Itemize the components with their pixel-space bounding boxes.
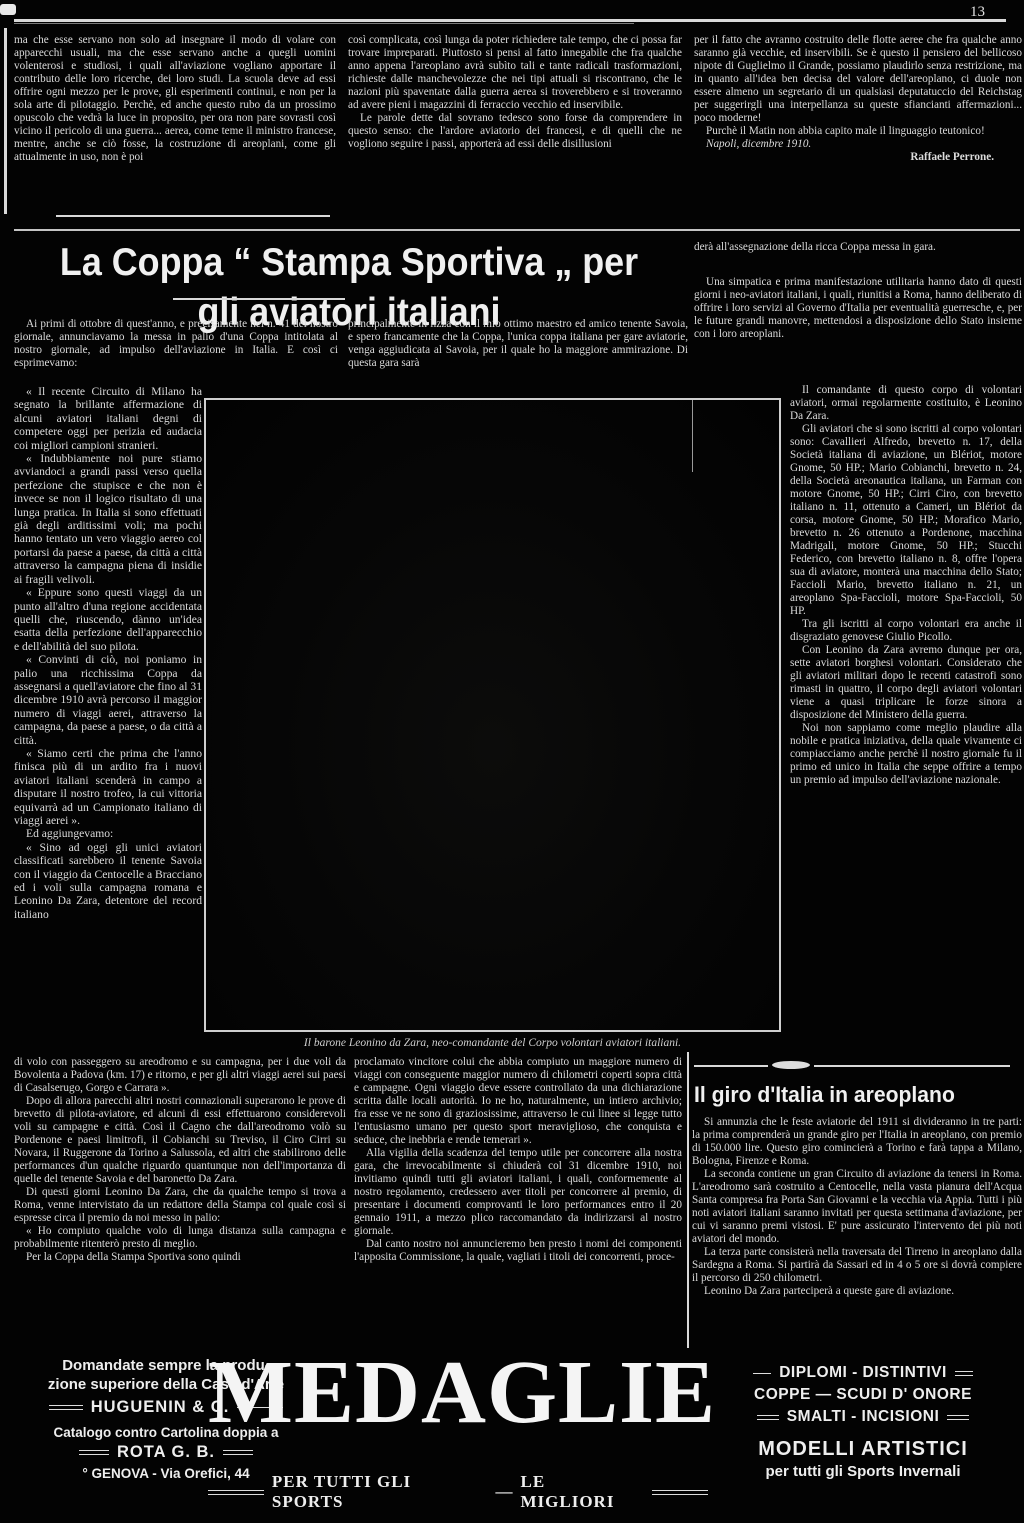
giro-divider-lens bbox=[772, 1061, 810, 1069]
paragraph: Con Leonino da Zara avremo dunque per or… bbox=[790, 644, 1022, 722]
photo-leonino-da-zara bbox=[204, 398, 781, 1032]
paragraph: per il fatto che avranno costruito delle… bbox=[694, 34, 1022, 125]
paragraph: Ai primi di ottobre di quest'anno, e pre… bbox=[14, 318, 338, 370]
coppa-bottom-middle: proclamato vincitore colui che abbia com… bbox=[354, 1056, 682, 1348]
column-rule bbox=[687, 1052, 689, 1348]
newspaper-page: 13 ma che esse servano non solo ad inseg… bbox=[0, 0, 1024, 1523]
right-column-narrow: Il comandante di questo corpo di volonta… bbox=[790, 384, 1022, 1056]
coppa-bottom-left: di volo con passeggero su areodromo e su… bbox=[14, 1056, 346, 1348]
photo-caption: Il barone Leonino da Zara, neo-comandant… bbox=[204, 1037, 781, 1049]
article-end-rule bbox=[56, 215, 330, 217]
top-article-col-2: così complicata, così lunga da poter ric… bbox=[348, 34, 682, 212]
rule-decoration bbox=[652, 1490, 708, 1495]
scan-edge-line bbox=[4, 28, 7, 214]
giro-divider-right bbox=[814, 1065, 1010, 1067]
paragraph: « Eppure sono questi viaggi da un punto … bbox=[14, 586, 202, 653]
ad-medaglie-title: MEDAGLIE bbox=[208, 1344, 708, 1442]
ad-brand-rota: ROTA G. B. bbox=[117, 1443, 215, 1462]
ad-text-line: SMALTI - INCISIONI bbox=[787, 1408, 940, 1426]
rule-decoration bbox=[79, 1450, 109, 1455]
paragraph: Dal canto nostro noi annuncieremo ben pr… bbox=[354, 1238, 682, 1264]
top-article-col-3: per il fatto che avranno costruito delle… bbox=[694, 34, 1022, 216]
paragraph: Noi non sappiamo come meglio plaudire al… bbox=[790, 722, 1022, 787]
paragraph: Si annunzia che le feste aviatorie del 1… bbox=[692, 1116, 1022, 1168]
ad-text-line: MODELLI ARTISTICI bbox=[706, 1438, 1020, 1461]
paragraph: ma che esse servano non solo ad insegnar… bbox=[14, 34, 336, 164]
dateline: Napoli, dicembre 1910. bbox=[694, 138, 1022, 151]
ad-tagline-right: LE MIGLIORI bbox=[520, 1472, 644, 1512]
rule-decoration bbox=[223, 1450, 253, 1455]
coppa-intro: Ai primi di ottobre di quest'anno, e pre… bbox=[14, 318, 338, 386]
rule-decoration bbox=[753, 1373, 771, 1374]
ad-tagline-separator: — bbox=[495, 1482, 512, 1502]
top-article-col-1: ma che esse servano non solo ad insegnar… bbox=[14, 34, 336, 212]
rule-decoration bbox=[947, 1415, 969, 1420]
rule-decoration bbox=[955, 1371, 973, 1376]
coppa-left-column: « Il recente Circuito di Milano ha segna… bbox=[14, 385, 202, 1053]
ad-medaglie-tagline: PER TUTTI GLI SPORTS — LE MIGLIORI bbox=[208, 1472, 708, 1512]
headline-underline bbox=[173, 298, 345, 300]
ad-tagline-left: PER TUTTI GLI SPORTS bbox=[272, 1472, 488, 1512]
giro-section-title: Il giro d'Italia in areoplano bbox=[694, 1082, 1011, 1108]
scan-edge-blob bbox=[0, 4, 16, 15]
ad-medaglie-services: DIPLOMI - DISTINTIVI COPPE — SCUDI D' ON… bbox=[706, 1364, 1020, 1480]
paragraph: « Il recente Circuito di Milano ha segna… bbox=[14, 385, 202, 452]
ad-text-line: COPPE — SCUDI D' ONORE bbox=[706, 1386, 1020, 1404]
right-column-top: derà all'assegnazione della ricca Coppa … bbox=[694, 241, 1022, 381]
paragraph: derà all'assegnazione della ricca Coppa … bbox=[694, 241, 1022, 254]
paragraph: Per la Coppa della Stampa Sportiva sono … bbox=[14, 1251, 346, 1264]
paragraph: principalmente in lizza con il mio ottim… bbox=[348, 318, 688, 370]
paragraph: così complicata, così lunga da poter ric… bbox=[348, 34, 682, 112]
byline: Raffaele Perrone. bbox=[694, 151, 1022, 164]
ad-text-line: DIPLOMI - DISTINTIVI bbox=[779, 1364, 947, 1382]
paragraph: Di questi giorni Leonino Da Zara, che da… bbox=[14, 1186, 346, 1225]
paragraph: « Indubbiamente noi pure stiamo avviando… bbox=[14, 452, 202, 586]
paragraph: Il comandante di questo corpo di volonta… bbox=[790, 384, 1022, 423]
paragraph: Gli aviatori che si sono iscritti al cor… bbox=[790, 423, 1022, 618]
coppa-quote-continuation: principalmente in lizza con il mio ottim… bbox=[348, 318, 688, 386]
ad-text-line: per tutti gli Sports Invernali bbox=[706, 1463, 1020, 1480]
paragraph: La terza parte consisterà nella traversa… bbox=[692, 1246, 1022, 1285]
rule-decoration bbox=[757, 1415, 779, 1420]
rule-decoration bbox=[49, 1405, 83, 1410]
paragraph: « Siamo certi che prima che l'anno finis… bbox=[14, 747, 202, 827]
paragraph: Ed aggiungevamo: bbox=[14, 827, 202, 840]
paragraph: « Ho compiuto qualche volo di lunga dist… bbox=[14, 1225, 346, 1251]
paragraph: « Convinti di ciò, noi poniamo in palio … bbox=[14, 653, 202, 747]
paragraph: Tra gli iscritti al corpo volontari era … bbox=[790, 618, 1022, 644]
paragraph: proclamato vincitore colui che abbia com… bbox=[354, 1056, 682, 1147]
rule-decoration bbox=[208, 1490, 264, 1495]
film-scratch bbox=[692, 400, 693, 472]
paragraph: Le parole dette dal sovrano tedesco sono… bbox=[348, 112, 682, 151]
paragraph: Alla vigilia della scadenza del tempo ut… bbox=[354, 1147, 682, 1238]
paragraph: Purchè il Matin non abbia capito male il… bbox=[694, 125, 1022, 138]
paragraph: Una simpatica e prima manifestazione uti… bbox=[694, 276, 1022, 341]
paragraph: Dopo di allora parecchi altri nostri con… bbox=[14, 1095, 346, 1186]
paragraph: Leonino Da Zara parteciperà a queste gar… bbox=[692, 1285, 1022, 1298]
section-divider-rule bbox=[14, 229, 1020, 231]
paragraph: « Sino ad oggi gli unici aviatori classi… bbox=[14, 841, 202, 921]
giro-divider-left bbox=[694, 1065, 768, 1067]
paragraph: La seconda contiene un gran Circuito di … bbox=[692, 1168, 1022, 1246]
top-rule-echo bbox=[14, 23, 634, 24]
top-rule bbox=[14, 19, 1006, 22]
paragraph: di volo con passeggero su areodromo e su… bbox=[14, 1056, 346, 1095]
giro-section-body: Si annunzia che le feste aviatorie del 1… bbox=[692, 1116, 1022, 1348]
